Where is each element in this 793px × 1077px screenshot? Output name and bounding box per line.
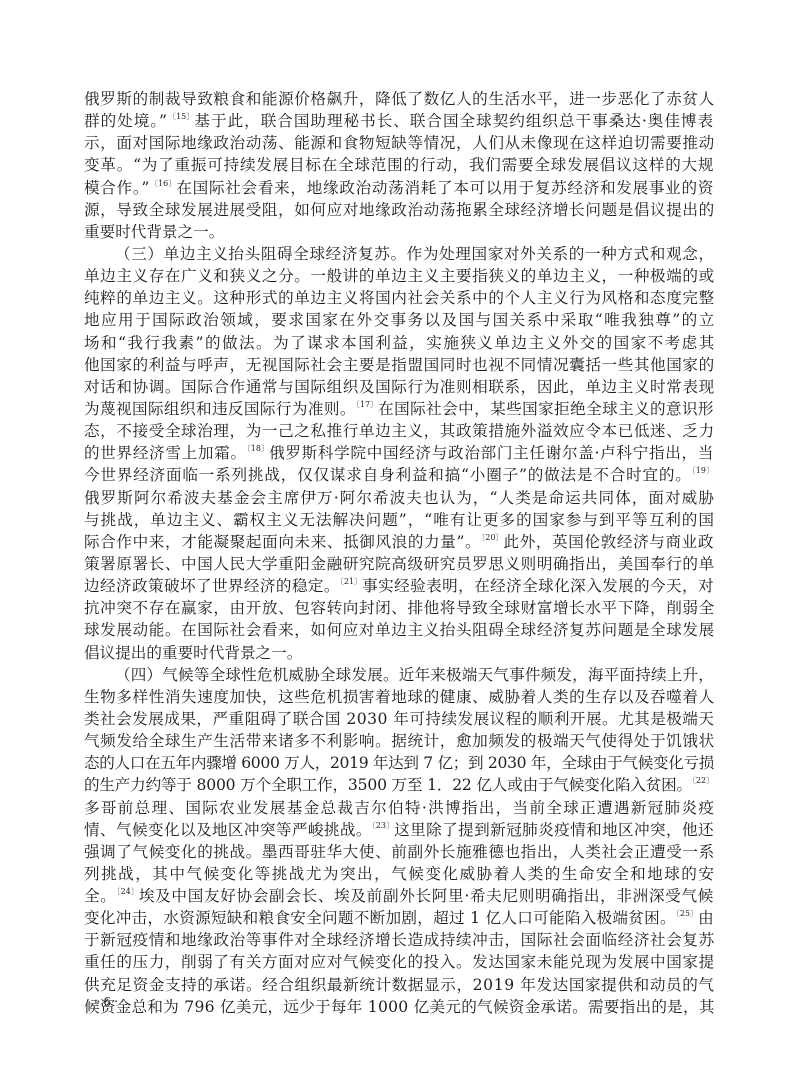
- line-text: 边经济政策破坏了世界经济的稳定。: [84, 577, 340, 595]
- line-text: （四）气候等全球性危机威胁全球发展。近年来极端天气事件频发，海平面持续上升，: [115, 666, 714, 684]
- line-text: 群的处境。”: [84, 112, 168, 130]
- line-text: 气频发给全球生产生活带来诸多不利影响。据统计，愈加频发的极端天气使得处于饥饿状: [84, 732, 715, 750]
- line-text-continued: 在国际社会看来，地缘政治动荡消耗了本可以用于复苏经济和发展事业的资: [176, 179, 714, 197]
- line-text: 对话和协调。国际合作通常与国际组织及国际行为准则相联系，因此，单边主义时常表现: [84, 378, 715, 396]
- line-text: 态，不接受全球治理，为一己之私推行单边主义，其政策措施外溢效应令本已低迷、乏力: [84, 422, 715, 440]
- text-line: 生物多样性消失速度加快，这些危机损害着地球的健康、威胁着人类的生存以及吞噬着人: [84, 686, 714, 708]
- line-text: 变革。“为了重振可持续发展目标在全球范围的行动，我们需要全球发展倡议这样的大规: [84, 156, 714, 174]
- footnote-reference[interactable]: 〔18〕: [247, 444, 269, 453]
- footnote-reference[interactable]: 〔24〕: [117, 887, 139, 896]
- text-line: 际合作中来，才能凝聚起面向未来、抵御风浪的力量”。〔20〕此外，英国伦敦经济与商…: [84, 531, 714, 553]
- line-text-continued: 基于此，联合国助理秘书长、联合国全球契约组织总干事桑达·奥佳博表: [194, 112, 714, 130]
- line-text: 情、气候变化以及地区冲突等严峻挑战。: [84, 821, 372, 839]
- text-line: 抗冲突不存在赢家，由开放、包容转向封闭、排他将导致全球财富增长水平下降，削弱全: [84, 597, 714, 619]
- line-text-continued: 在国际社会中，某些国家拒绝全球主义的意识形: [378, 400, 714, 418]
- footnote-reference[interactable]: 〔25〕: [676, 909, 698, 918]
- line-text: 策署原署长、中国人民大学重阳金融研究院高级研究员罗思义则明确指出，美国奉行的单: [84, 555, 715, 573]
- line-text: 抗冲突不存在赢家，由开放、包容转向封闭、排他将导致全球财富增长水平下降，削弱全: [84, 599, 715, 617]
- line-text-continued: 埃及中国友好协会副会长、埃及前副外长阿里·希夫尼则明确指出，非洲深受气候: [139, 887, 714, 905]
- line-text: 候资金总和为 796 亿美元，远少于每年 1000 亿美元的气候资金承诺。需要指…: [84, 998, 715, 1016]
- text-line: 示，面对国际地缘政治动荡、能源和食物短缺等情况，人们从未像现在这样迫切需要推动: [84, 132, 714, 154]
- text-line: 的生产力约等于 8000 万个全职工作，3500 万至 1．22 亿人或由于气候…: [84, 774, 714, 796]
- text-line: 策署原署长、中国人民大学重阳金融研究院高级研究员罗思义则明确指出，美国奉行的单: [84, 553, 714, 575]
- text-line: 源，导致全球发展进展受阻，如何应对地缘政治动荡拖累全球经济增长问题是倡议提出的: [84, 199, 714, 221]
- text-line: 球发展动能。在国际社会看来，如何应对单边主义抬头阻碍全球经济复苏问题是全球发展: [84, 619, 714, 641]
- text-line: 情、气候变化以及地区冲突等严峻挑战。〔23〕这里除了提到新冠肺炎疫情和地区冲突，…: [84, 819, 714, 841]
- text-line: 于新冠疫情和地缘政治等事件对全球经济增长造成持续冲击，国际社会面临经济社会复苏: [84, 929, 714, 951]
- line-text-continued: 俄罗斯科学院中国经济与政治部门主任谢尔盖·卢科宁指出，当: [269, 444, 714, 462]
- line-text: 俄罗斯的制裁导致粮食和能源价格飙升，降低了数亿人的生活水平，进一步恶化了赤贫人: [84, 90, 715, 108]
- line-text: 态的人口在五年内骤增 6000 万人，2019 年达到 7 亿；到 2030 年…: [84, 754, 714, 772]
- line-text: 地应用于国际政治领域，要求国家在外交事务以及国与国关系中采取“唯我独尊”的立: [84, 311, 716, 329]
- line-text: 倡议提出的重要时代背景之一。: [84, 644, 302, 662]
- text-line: 多哥前总理、国际农业发展基金总裁吉尔伯特·洪博指出，当前全球正遭遇新冠肺炎疫: [84, 797, 714, 819]
- text-line: （三）单边主义抬头阻碍全球经济复苏。作为处理国家对外关系的一种方式和观念，: [84, 243, 714, 265]
- text-line: 纯粹的单边主义。这种形式的单边主义将国内社会关系中的个人主义行为风格和态度完整: [84, 287, 714, 309]
- line-text: 际合作中来，才能凝聚起面向未来、抵御风浪的力量”。: [84, 533, 481, 551]
- text-line: 类社会发展成果，严重阻碍了联合国 2030 年可持续发展议程的顺利开展。尤其是极…: [84, 708, 714, 730]
- text-line: 与挑战，单边主义、霸权主义无法解决问题”，“唯有让更多的国家参与到平等互利的国: [84, 509, 714, 531]
- line-text-continued: 这里除了提到新冠肺炎疫情和地区冲突，他还: [394, 821, 714, 839]
- line-text: 为蔑视国际组织和违反国际行为准则。: [84, 400, 356, 418]
- line-text: 多哥前总理、国际农业发展基金总裁吉尔伯特·洪博指出，当前全球正遭遇新冠肺炎疫: [84, 799, 715, 817]
- text-line: 地应用于国际政治领域，要求国家在外交事务以及国与国关系中采取“唯我独尊”的立: [84, 309, 714, 331]
- text-line: 单边主义存在广义和狭义之分。一般讲的单边主义主要指狭义的单边主义，一种极端的或: [84, 265, 714, 287]
- line-text: 重要时代背景之一。: [84, 223, 224, 241]
- paragraph-continued: 俄罗斯的制裁导致粮食和能源价格飙升，降低了数亿人的生活水平，进一步恶化了赤贫人群…: [84, 88, 714, 243]
- paragraph-climate: （四）气候等全球性危机威胁全球发展。近年来极端天气事件频发，海平面持续上升，生物…: [84, 664, 714, 1018]
- footnote-reference[interactable]: 〔20〕: [481, 533, 503, 542]
- text-line: 俄罗斯阿尔希波夫基金会主席伊万·阿尔希波夫也认为，“人类是命运共同体，面对威胁: [84, 487, 714, 509]
- line-text: 强调了气候变化的挑战。墨西哥驻华大使、前副外长施雅德也指出，人类社会正遭受一系: [84, 843, 715, 861]
- line-text: 与挑战，单边主义、霸权主义无法解决问题”，“唯有让更多的国家参与到平等互利的国: [84, 511, 715, 529]
- line-text-continued: 事实经验表明，在经济全球化深入发展的今天，对: [362, 577, 714, 595]
- line-text: 列挑战，其中气候变化等挑战尤为突出，气候变化威胁着人类的生命安全和地球的安: [84, 865, 715, 883]
- text-line: 的世界经济雪上加霜。〔18〕俄罗斯科学院中国经济与政治部门主任谢尔盖·卢科宁指出…: [84, 442, 714, 464]
- line-text: 俄罗斯阿尔希波夫基金会主席伊万·阿尔希波夫也认为，“人类是命运共同体，面对威胁: [84, 489, 715, 507]
- line-text: 球发展动能。在国际社会看来，如何应对单边主义抬头阻碍全球经济复苏问题是全球发展: [84, 621, 715, 639]
- text-line: 重要时代背景之一。: [84, 221, 714, 243]
- text-line: 今世界经济面临一系列挑战，仅仅谋求自身利益和搞“小圈子”的做法是不合时宜的。〔1…: [84, 464, 714, 486]
- text-line: 群的处境。”〔15〕基于此，联合国助理秘书长、联合国全球契约组织总干事桑达·奥佳…: [84, 110, 714, 132]
- line-text: 类社会发展成果，严重阻碍了联合国 2030 年可持续发展议程的顺利开展。尤其是极…: [84, 710, 714, 728]
- text-line: 态的人口在五年内骤增 6000 万人，2019 年达到 7 亿；到 2030 年…: [84, 752, 714, 774]
- text-line: 列挑战，其中气候变化等挑战尤为突出，气候变化威胁着人类的生命安全和地球的安: [84, 863, 714, 885]
- text-line: 供充足资金支持的承诺。经合组织最新统计数据显示，2019 年发达国家提供和动员的…: [84, 974, 714, 996]
- line-text: 场和“我行我素”的做法。为了谋求本国利益，实施狭义单边主义外交的国家不考虑其: [84, 334, 716, 352]
- line-text: 模合作。”: [84, 179, 150, 197]
- line-text-continued: 由: [698, 909, 714, 927]
- text-line: 变革。“为了重振可持续发展目标在全球范围的行动，我们需要全球发展倡议这样的大规: [84, 154, 714, 176]
- line-text: 源，导致全球发展进展受阻，如何应对地缘政治动荡拖累全球经济增长问题是倡议提出的: [84, 201, 715, 219]
- text-line: 变化冲击，水资源短缺和粮食安全问题不断加剧，超过 1 亿人口可能陷入极端贫困。〔…: [84, 907, 714, 929]
- footnote-reference[interactable]: 〔15〕: [168, 112, 194, 121]
- line-text: 的生产力约等于 8000 万个全职工作，3500 万至 1．22 亿人或由于气候…: [84, 776, 692, 794]
- line-text: 生物多样性消失速度加快，这些危机损害着地球的健康、威胁着人类的生存以及吞噬着人: [84, 688, 715, 706]
- line-text: 今世界经济面临一系列挑战，仅仅谋求自身利益和搞“小圈子”的做法是不合时宜的。: [84, 466, 692, 484]
- line-text: （三）单边主义抬头阻碍全球经济复苏。作为处理国家对外关系的一种方式和观念，: [115, 245, 715, 263]
- paragraph-unilateralism: （三）单边主义抬头阻碍全球经济复苏。作为处理国家对外关系的一种方式和观念，单边主…: [84, 243, 714, 664]
- line-text-continued: 此外，英国伦敦经济与商业政: [504, 533, 714, 551]
- line-text: 全。: [84, 887, 117, 905]
- text-line: 对话和协调。国际合作通常与国际组织及国际行为准则相联系，因此，单边主义时常表现: [84, 376, 714, 398]
- text-line: 俄罗斯的制裁导致粮食和能源价格飙升，降低了数亿人的生活水平，进一步恶化了赤贫人: [84, 88, 714, 110]
- text-line: 为蔑视国际组织和违反国际行为准则。〔17〕在国际社会中，某些国家拒绝全球主义的意…: [84, 398, 714, 420]
- footnote-reference[interactable]: 〔17〕: [356, 400, 378, 409]
- footnote-reference[interactable]: 〔19〕: [692, 466, 714, 475]
- text-line: 态，不接受全球治理，为一己之私推行单边主义，其政策措施外溢效应令本已低迷、乏力: [84, 420, 714, 442]
- line-text: 于新冠疫情和地缘政治等事件对全球经济增长造成持续冲击，国际社会面临经济社会复苏: [84, 931, 715, 949]
- line-text: 的世界经济雪上加霜。: [84, 444, 247, 462]
- footnote-reference[interactable]: 〔16〕: [150, 179, 176, 188]
- footnote-reference[interactable]: 〔21〕: [340, 577, 362, 586]
- text-line: 气频发给全球生产生活带来诸多不利影响。据统计，愈加频发的极端天气使得处于饥饿状: [84, 730, 714, 752]
- line-text: 示，面对国际地缘政治动荡、能源和食物短缺等情况，人们从未像现在这样迫切需要推动: [84, 134, 715, 152]
- text-line: （四）气候等全球性危机威胁全球发展。近年来极端天气事件频发，海平面持续上升，: [84, 664, 714, 686]
- footnote-reference[interactable]: 〔22〕: [692, 776, 714, 785]
- text-line: 他国家的利益与呼声，无视国际社会主要是指盟国同时也视不同情况囊括一些其他国家的: [84, 354, 714, 376]
- text-line: 模合作。”〔16〕在国际社会看来，地缘政治动荡消耗了本可以用于复苏经济和发展事业…: [84, 177, 714, 199]
- line-text: 重任的压力，削弱了有关方面对应对气候变化的投入。发达国家未能兑现为发展中国家提: [84, 953, 715, 971]
- page-number: ·6·: [96, 995, 121, 1011]
- text-line: 边经济政策破坏了世界经济的稳定。〔21〕事实经验表明，在经济全球化深入发展的今天…: [84, 575, 714, 597]
- line-text: 变化冲击，水资源短缺和粮食安全问题不断加剧，超过 1 亿人口可能陷入极端贫困。: [84, 909, 676, 927]
- line-text: 纯粹的单边主义。这种形式的单边主义将国内社会关系中的个人主义行为风格和态度完整: [84, 289, 715, 307]
- text-line: 强调了气候变化的挑战。墨西哥驻华大使、前副外长施雅德也指出，人类社会正遭受一系: [84, 841, 714, 863]
- text-line: 倡议提出的重要时代背景之一。: [84, 642, 714, 664]
- text-line: 场和“我行我素”的做法。为了谋求本国利益，实施狭义单边主义外交的国家不考虑其: [84, 332, 714, 354]
- text-line: 重任的压力，削弱了有关方面对应对气候变化的投入。发达国家未能兑现为发展中国家提: [84, 951, 714, 973]
- document-page-body: 俄罗斯的制裁导致粮食和能源价格飙升，降低了数亿人的生活水平，进一步恶化了赤贫人群…: [84, 88, 714, 1018]
- footnote-reference[interactable]: 〔23〕: [372, 821, 394, 830]
- text-line: 全。〔24〕埃及中国友好协会副会长、埃及前副外长阿里·希夫尼则明确指出，非洲深受…: [84, 885, 714, 907]
- text-line: 候资金总和为 796 亿美元，远少于每年 1000 亿美元的气候资金承诺。需要指…: [84, 996, 714, 1018]
- line-text: 他国家的利益与呼声，无视国际社会主要是指盟国同时也视不同情况囊括一些其他国家的: [84, 356, 715, 374]
- line-text: 供充足资金支持的承诺。经合组织最新统计数据显示，2019 年发达国家提供和动员的…: [84, 976, 715, 994]
- line-text: 单边主义存在广义和狭义之分。一般讲的单边主义主要指狭义的单边主义，一种极端的或: [84, 267, 715, 285]
